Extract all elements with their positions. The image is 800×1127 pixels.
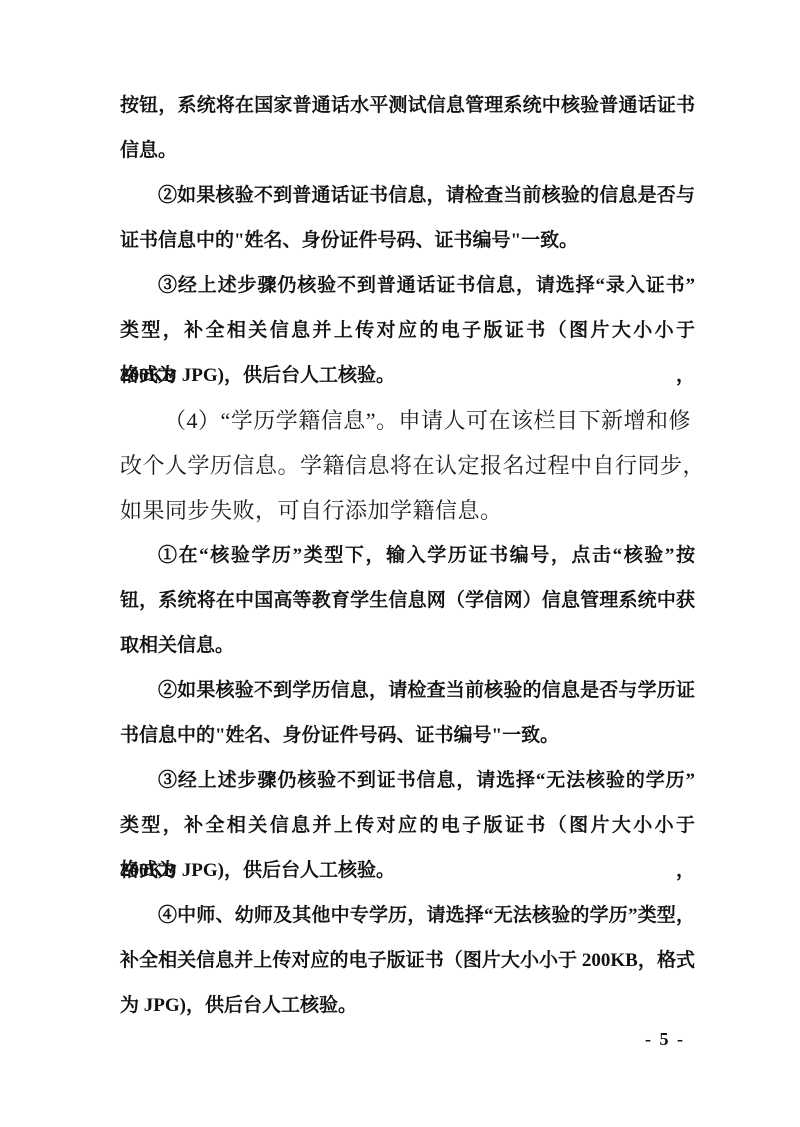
text-line: ③经上述步骤仍核验不到证书信息，请选择“无法核验的学历” <box>120 758 695 803</box>
paragraph: （4）“学历学籍信息”。申请人可在该栏目下新增和修改个人学历信息。学籍信息将在认… <box>120 398 752 533</box>
paragraph: ③经上述步骤仍核验不到普通话证书信息，请选择“录入证书”类型，补全相关信息并上传… <box>120 263 695 398</box>
text-line: ③经上述步骤仍核验不到普通话证书信息，请选择“录入证书” <box>120 263 695 308</box>
text-line: ②如果核验不到普通话证书信息，请检查当前核验的信息是否与 <box>120 173 695 218</box>
text-line: 信息。 <box>120 128 695 173</box>
text-line: 书信息中的"姓名、身份证件号码、证书编号"一致。 <box>120 713 695 758</box>
paragraph: ①在“核验学历”类型下，输入学历证书编号，点击“核验”按钮，系统将在中国高等教育… <box>120 533 695 668</box>
paragraph: 按钮，系统将在国家普通话水平测试信息管理系统中核验普通话证书信息。 <box>120 83 695 173</box>
text-line: ④中师、幼师及其他中专学历，请选择“无法核验的学历”类型， <box>120 893 695 938</box>
document-page: 按钮，系统将在国家普通话水平测试信息管理系统中核验普通话证书信息。②如果核验不到… <box>0 0 800 1127</box>
text-line: 类型，补全相关信息并上传对应的电子版证书（图片大小小于 200KB， <box>120 308 695 353</box>
text-line: ①在“核验学历”类型下，输入学历证书编号，点击“核验”按 <box>120 533 695 578</box>
text-line: 改个人学历信息。学籍信息将在认定报名过程中自行同步， <box>120 443 752 488</box>
text-line: 按钮，系统将在国家普通话水平测试信息管理系统中核验普通话证书 <box>120 83 695 128</box>
text-line: ②如果核验不到学历信息，请检查当前核验的信息是否与学历证 <box>120 668 695 713</box>
paragraph: ④中师、幼师及其他中专学历，请选择“无法核验的学历”类型，补全相关信息并上传对应… <box>120 893 695 1028</box>
text-line: （4）“学历学籍信息”。申请人可在该栏目下新增和修 <box>120 398 752 443</box>
text-line: 钮，系统将在中国高等教育学生信息网（学信网）信息管理系统中获 <box>120 578 695 623</box>
text-line: 如果同步失败，可自行添加学籍信息。 <box>120 488 752 533</box>
body-text: 按钮，系统将在国家普通话水平测试信息管理系统中核验普通话证书信息。②如果核验不到… <box>120 83 695 1028</box>
text-line: 证书信息中的"姓名、身份证件号码、证书编号"一致。 <box>120 218 695 263</box>
text-line: 补全相关信息并上传对应的电子版证书（图片大小小于 200KB，格式 <box>120 938 695 983</box>
text-line: 为 JPG)，供后台人工核验。 <box>120 983 695 1028</box>
paragraph: ②如果核验不到普通话证书信息，请检查当前核验的信息是否与证书信息中的"姓名、身份… <box>120 173 695 263</box>
page-number: - 5 - <box>645 1026 685 1052</box>
paragraph: ②如果核验不到学历信息，请检查当前核验的信息是否与学历证书信息中的"姓名、身份证… <box>120 668 695 758</box>
text-line: 类型，补全相关信息并上传对应的电子版证书（图片大小小于 200KB， <box>120 803 695 848</box>
paragraph: ③经上述步骤仍核验不到证书信息，请选择“无法核验的学历”类型，补全相关信息并上传… <box>120 758 695 893</box>
text-line: 取相关信息。 <box>120 623 695 668</box>
